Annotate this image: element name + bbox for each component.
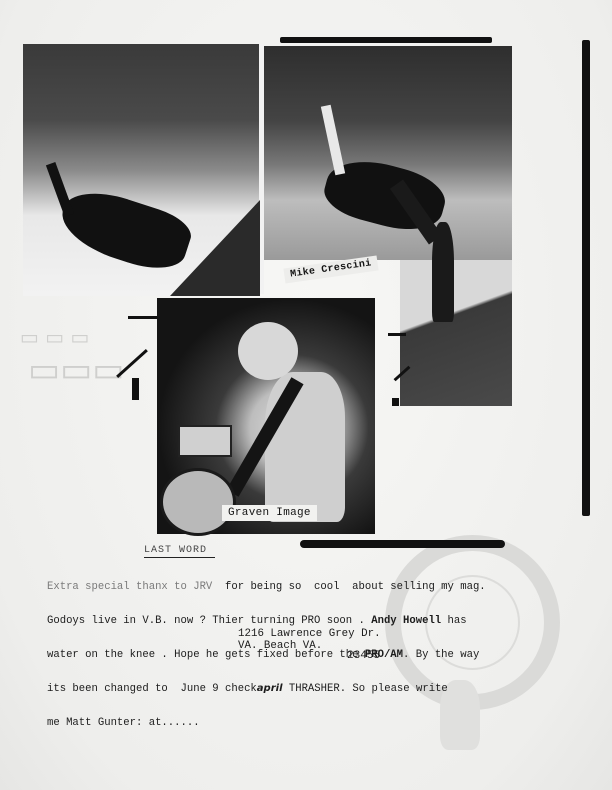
redaction-bar-top: [280, 37, 492, 43]
ramp-photo-right: [400, 260, 512, 406]
text-span: THRASHER. So please write: [283, 683, 448, 695]
bleed-through-text: ▭▭▭: [28, 350, 124, 390]
body-line: Extra special thanx to JRV for being so …: [47, 582, 587, 593]
address-street: 1216 Lawrence Grey Dr.: [238, 628, 381, 640]
text-span: Godoys live in V.B. now ? Thier turning …: [47, 615, 371, 627]
drum: [160, 468, 236, 536]
body-line: its been changed to June 9 checkapril TH…: [47, 683, 587, 695]
skate-photo-right: [264, 46, 512, 260]
text-span: Extra special thanx to: [47, 581, 193, 593]
body-line: Godoys live in V.B. now ? Thier turning …: [47, 616, 587, 627]
bleed-through-text: ▭ ▭ ▭: [20, 325, 89, 349]
body-line: me Matt Gunter: at......: [47, 718, 587, 729]
text-span: for being so cool about selling my mag.: [212, 581, 485, 593]
text-span: has: [441, 615, 466, 627]
guitarist-body: [265, 372, 345, 522]
text-span: . By the way: [403, 649, 479, 661]
spectator: [432, 222, 454, 322]
ramp-post: [392, 398, 399, 406]
text-span: me Matt Gunter: at......: [47, 717, 200, 729]
mailing-address: 1216 Lawrence Grey Dr.VA. Beach VA.: [238, 628, 381, 652]
body-text: Extra special thanx to JRV for being so …: [47, 560, 587, 751]
redaction-bar-middle: [300, 540, 505, 548]
name-highlight: Andy Howell: [371, 615, 441, 627]
photo-caption-band: Graven Image: [222, 505, 317, 521]
amp: [178, 425, 232, 457]
text-span: JRV: [193, 581, 212, 593]
text-span: its been changed to June 9 check: [47, 683, 257, 695]
ramp-rail: [388, 333, 406, 336]
ramp-post: [132, 378, 139, 400]
handwritten-correction: april: [257, 683, 283, 694]
address-zip: 23455: [347, 650, 380, 662]
zine-page: ▭ ▭ ▭ ▭▭▭ Mike Crescini Graven Image LAS…: [0, 0, 612, 790]
ramp-rail: [128, 316, 158, 319]
section-heading: LAST WORD: [144, 545, 215, 558]
right-border-line: [582, 40, 590, 516]
guitarist-head: [238, 322, 298, 380]
